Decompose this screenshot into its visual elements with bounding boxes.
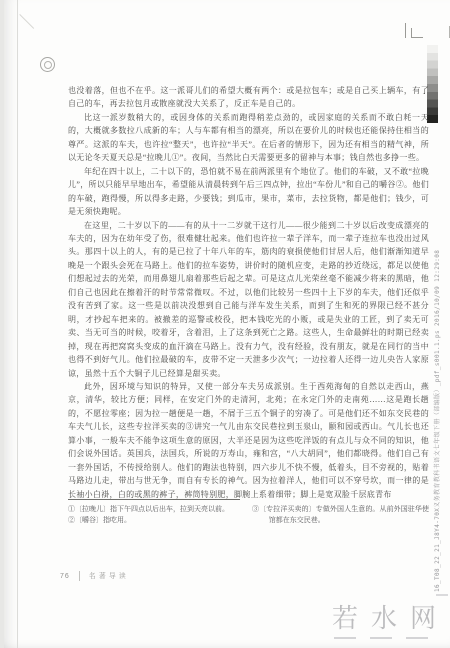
footnote-item: ③〔专拉洋买卖的〕专做外国人生意的。从前外国驻华使馆都在东交民巷。 bbox=[252, 504, 429, 526]
footnotes: ①〔拉晚儿〕指下午四点以后出车，拉到天亮以前。②〔嚼谷〕指吃用。 ③〔专拉洋买卖… bbox=[68, 504, 429, 526]
watermark-tick bbox=[436, 594, 448, 596]
watermark-subtext bbox=[332, 637, 450, 639]
footnote-item: ②〔嚼谷〕指吃用。 bbox=[68, 515, 240, 526]
watermark: 若水网 bbox=[332, 598, 450, 639]
excerpt-paragraph: 也没着落，但也不在乎。这一派哥儿们的希望大概有两个：或是拉包车；或是自己买上辆车… bbox=[68, 84, 429, 111]
registration-mark-icon bbox=[405, 23, 406, 38]
footnote-column-right: ③〔专拉洋买卖的〕专做外国人生意的。从前外国驻华使馆都在东交民巷。 bbox=[252, 504, 429, 526]
corner-crease-line bbox=[19, 14, 34, 29]
scan-edge-line bbox=[17, 0, 18, 648]
excerpt-paragraph: 比这一派岁数稍大的，或因身体的关系而跑得稍差点劲的，或因家庭的关系而不敢白耗一天… bbox=[68, 111, 429, 165]
footnote-item: ①〔拉晚儿〕指下午四点以后出车，拉到天亮以前。 bbox=[68, 504, 240, 515]
prepress-slug-text: 16_T08_22_21_J8Y4-70X义务教育教科书语文七年级下册（部编版）… bbox=[432, 280, 441, 592]
footnote-column-left: ①〔拉晚儿〕指下午四点以后出车，拉到天亮以前。②〔嚼谷〕指吃用。 bbox=[68, 504, 240, 526]
page-footer: 76 名著导读 bbox=[60, 571, 129, 581]
printer-ink-stamp-icon bbox=[40, 57, 55, 72]
excerpt-paragraph: 此外，因环境与知识的特异，又使一部分车夫另成派别。生于西苑海甸的自然以走西山，燕… bbox=[68, 380, 429, 501]
footer-divider bbox=[79, 571, 80, 581]
registration-corner-icon bbox=[411, 28, 423, 38]
section-label: 名著导读 bbox=[89, 571, 129, 581]
footnote-separator bbox=[68, 499, 240, 500]
page-number: 76 bbox=[60, 573, 70, 580]
excerpt-paragraph: 在这里，二十岁以下的——有的从十一二岁就干这行儿——很少能到二十岁以后改变成漂亮… bbox=[68, 219, 429, 380]
watermark-text: 若水网 bbox=[332, 598, 450, 635]
scanned-page: 也没着落，但也不在乎。这一派哥儿们的希望大概有两个：或是拉包车；或是自己买上辆车… bbox=[4, 0, 450, 648]
excerpt-paragraph: 年纪在四十以上，二十以下的，恐怕就不易在前两派里有个地位了。他们的车破，又不敢“… bbox=[68, 165, 429, 219]
excerpt-text: 也没着落，但也不在乎。这一派哥儿们的希望大概有两个：或是拉包车；或是自己买上辆车… bbox=[68, 84, 429, 501]
